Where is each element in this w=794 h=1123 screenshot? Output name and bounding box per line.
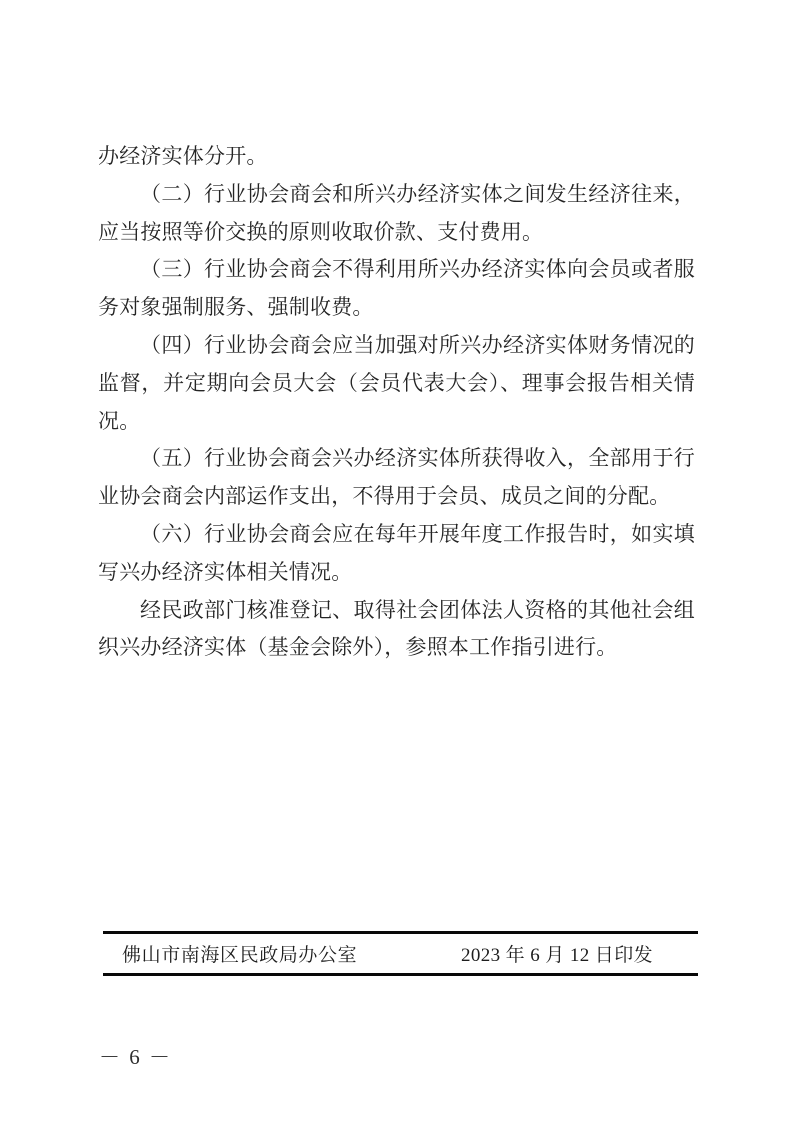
body-line: （四）行业协会商会应当加强对所兴办经济实体财务情况的 bbox=[98, 327, 695, 365]
body-line: 办经济实体分开。 bbox=[98, 138, 695, 176]
colophon-row: 佛山市南海区民政局办公室 2023 年 6 月 12 日印发 bbox=[103, 934, 698, 973]
issuing-office-label: 佛山市南海区民政局办公室 bbox=[122, 940, 357, 967]
page-number: － 6 － bbox=[99, 1041, 172, 1071]
body-line: 况。 bbox=[98, 403, 695, 441]
body-line: 应当按照等价交换的原则收取价款、支付费用。 bbox=[98, 214, 695, 252]
colophon: 佛山市南海区民政局办公室 2023 年 6 月 12 日印发 bbox=[103, 931, 698, 976]
print-date-label: 2023 年 6 月 12 日印发 bbox=[461, 940, 653, 967]
body-line: 经民政部门核准登记、取得社会团体法人资格的其他社会组 bbox=[98, 592, 695, 630]
document-page: 办经济实体分开。（二）行业协会商会和所兴办经济实体之间发生经济往来，应当按照等价… bbox=[0, 0, 794, 1123]
body-line: 写兴办经济实体相关情况。 bbox=[98, 554, 695, 592]
body-line: 业协会商会内部运作支出，不得用于会员、成员之间的分配。 bbox=[98, 478, 695, 516]
body-line: 监督，并定期向会员大会（会员代表大会）、理事会报告相关情 bbox=[98, 365, 695, 403]
body-line: （六）行业协会商会应在每年开展年度工作报告时，如实填 bbox=[98, 516, 695, 554]
body-line: （三）行业协会商会不得利用所兴办经济实体向会员或者服 bbox=[98, 251, 695, 289]
body-line: （二）行业协会商会和所兴办经济实体之间发生经济往来， bbox=[98, 176, 695, 214]
body-line: （五）行业协会商会兴办经济实体所获得收入，全部用于行 bbox=[98, 440, 695, 478]
document-body: 办经济实体分开。（二）行业协会商会和所兴办经济实体之间发生经济往来，应当按照等价… bbox=[98, 138, 695, 667]
colophon-bottom-rule bbox=[103, 973, 698, 976]
body-line: 织兴办经济实体（基金会除外），参照本工作指引进行。 bbox=[98, 629, 695, 667]
body-line: 务对象强制服务、强制收费。 bbox=[98, 289, 695, 327]
